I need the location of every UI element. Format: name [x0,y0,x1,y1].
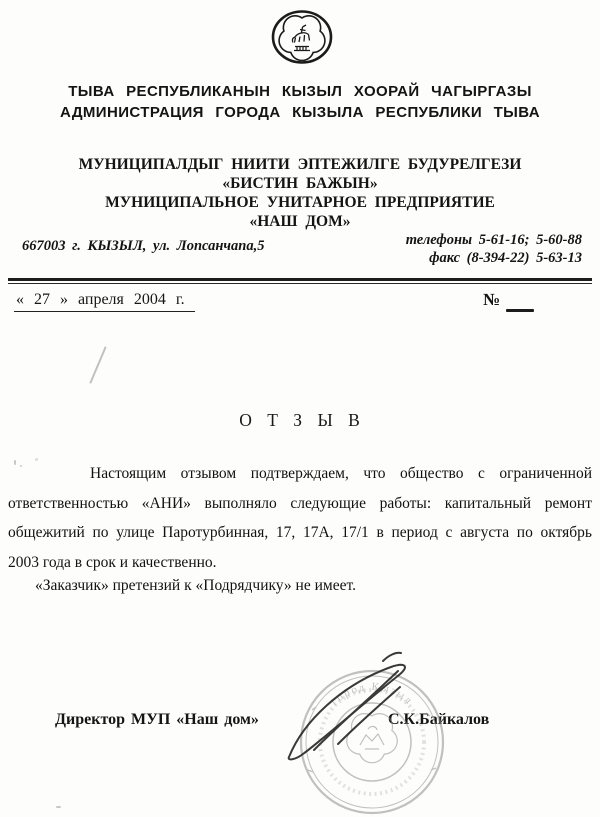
org-address: 667003 г. КЫЗЫЛ, ул. Лопсанчапа,5 [22,238,264,255]
scanned-letter-page: ТЫВА РЕСПУБЛИКАНЫН КЫЗЫЛ ХООРАЙ ЧАГЫРГАЗ… [0,0,600,817]
body-paragraph: Настоящим отзывом подтверждаем, что обще… [8,459,592,577]
org-name-block: МУНИЦИПАЛДЫГ НИИТИ ЭПТЕЖИЛГЕ БУДУРЕЛГЕЗИ… [0,155,600,231]
letterhead-line-russian: АДМИНИСТРАЦИЯ ГОРОДА КЫЗЫЛА РЕСПУБЛИКИ Т… [0,102,600,123]
org-name-russian: МУНИЦИПАЛЬНОЕ УНИТАРНОЕ ПРЕДПРИЯТИЕ [0,193,600,212]
pen-mark [89,346,106,384]
letterhead-line-tuvan: ТЫВА РЕСПУБЛИКАНЫН КЫЗЫЛ ХООРАЙ ЧАГЫРГАЗ… [0,81,600,102]
closing-sentence: «Заказчик» претензий к «Подрядчику» не и… [8,577,592,595]
date-field: « 27 » апреля 2004 г. [14,291,195,312]
body-line: общежитий по улице Паротурбинная, 17, 17… [8,518,592,548]
number-blank-underline [506,309,534,312]
org-phones: телефоны 5-61-16; 5-60-88 [406,231,582,249]
kyzyl-city-emblem-icon [270,9,334,65]
document-title: О Т З Ы В [0,410,600,431]
org-name-tuvan: МУНИЦИПАЛДЫГ НИИТИ ЭПТЕЖИЛГЕ БУДУРЕЛГЕЗИ [0,155,600,174]
org-contacts-block: телефоны 5-61-16; 5-60-88 факс (8-394-22… [406,231,582,267]
org-name-russian-quoted: «НАШ ДОМ» [0,212,600,231]
body-line: ответственностью «АНИ» выполняло следующ… [8,489,592,519]
org-name-tuvan-quoted: «БИСТИН БАЖЫН» [0,174,600,193]
number-sign: № [483,290,500,310]
signatory-position: Директор МУП «Наш дом» [55,711,259,729]
body-line: Настоящим отзывом подтверждаем, что обще… [8,459,592,489]
body-line: 2003 года в срок и качественно. [8,548,592,578]
letterhead-divider [8,278,592,284]
org-fax: факс (8-394-22) 5-63-13 [406,249,582,267]
stamp-and-signature: город Кызыл [280,648,460,817]
scan-artifact [56,806,61,808]
